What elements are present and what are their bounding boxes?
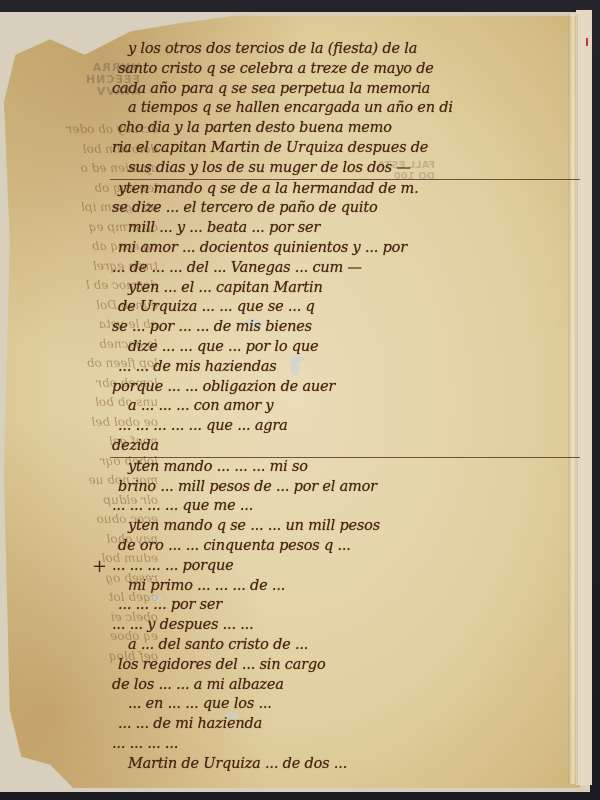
manuscript-line: porque ... ... obligazion de auer [110,378,580,398]
manuscript-line: santo cristo q se celebra a treze de may… [110,60,580,80]
manuscript-line: ... ... ... ... porque [110,557,580,577]
manuscript-line: ... ... y despues ... ... [110,616,580,636]
manuscript-line: ... ... ... ... [110,735,580,755]
manuscript-line: yten mando ... ... ... mi so [110,458,580,478]
manuscript-line: mill ... y ... beata ... por ser [110,219,580,239]
manuscript-line: ... ... ... ... ... que ... agra [110,417,580,437]
manuscript-line: ... en ... ... que los ... [110,695,580,715]
manuscript-text: y los otros dos tercios de la (fiesta) d… [110,40,580,774]
manuscript-line: cada año para q se sea perpetua la memor… [110,80,580,100]
manuscript-line: ... de ... ... del ... Vanegas ... cum — [110,259,580,279]
manuscript-line: a ... del santo cristo de ... [110,636,580,656]
manuscript-line: a tiempos q se hallen encargada un año e… [110,99,580,119]
manuscript-line: dize ... ... que ... por lo que [110,338,580,358]
manuscript-line: ... ... de mis haziendas [110,358,580,378]
manuscript-line: sus dias y los de su muger de los dos — [110,159,580,180]
manuscript-line: de Urquiza ... ... que se ... q [110,298,580,318]
manuscript-line: ... ... de mi hazienda [110,715,580,735]
manuscript-line: a ... ... ... con amor y [110,397,580,417]
manuscript-line: ria el capitan Martin de Urquiza despues… [110,139,580,159]
manuscript-line: cho dia y la parten desto buena memo [110,119,580,139]
manuscript-line: Martin de Urquiza ... de dos ... [110,755,580,775]
manuscript-line: los regidores del ... sin cargo [110,656,580,676]
manuscript-line: yten mando q se ... ... un mill pesos [110,517,580,537]
manuscript-line: de oro ... ... cinquenta pesos q ... [110,537,580,557]
manuscript-line: dezida [110,437,580,458]
red-ink-mark [586,38,588,46]
manuscript-line: ... ... ... por ser [110,596,580,616]
manuscript-line: yten mando q se de a la hermandad de m. [110,180,580,200]
manuscript-line: se dize ... el tercero de paño de quito [110,199,580,219]
manuscript-line: de los ... ... a mi albazea [110,676,580,696]
manuscript-line: y los otros dos tercios de la (fiesta) d… [110,40,580,60]
manuscript-line: brino ... mill pesos de ... por el amor [110,478,580,498]
manuscript-line: se ... por ... ... de mis bienes [110,318,580,338]
manuscript-line: ... ... ... ... que me ... [110,497,580,517]
manuscript-line: mi amor ... docientos quinientos y ... p… [110,239,580,259]
cross-mark: + [92,556,107,577]
manuscript-line: yten ... el ... capitan Martin [110,279,580,299]
manuscript-line: mi primo ... ... ... de ... [110,577,580,597]
